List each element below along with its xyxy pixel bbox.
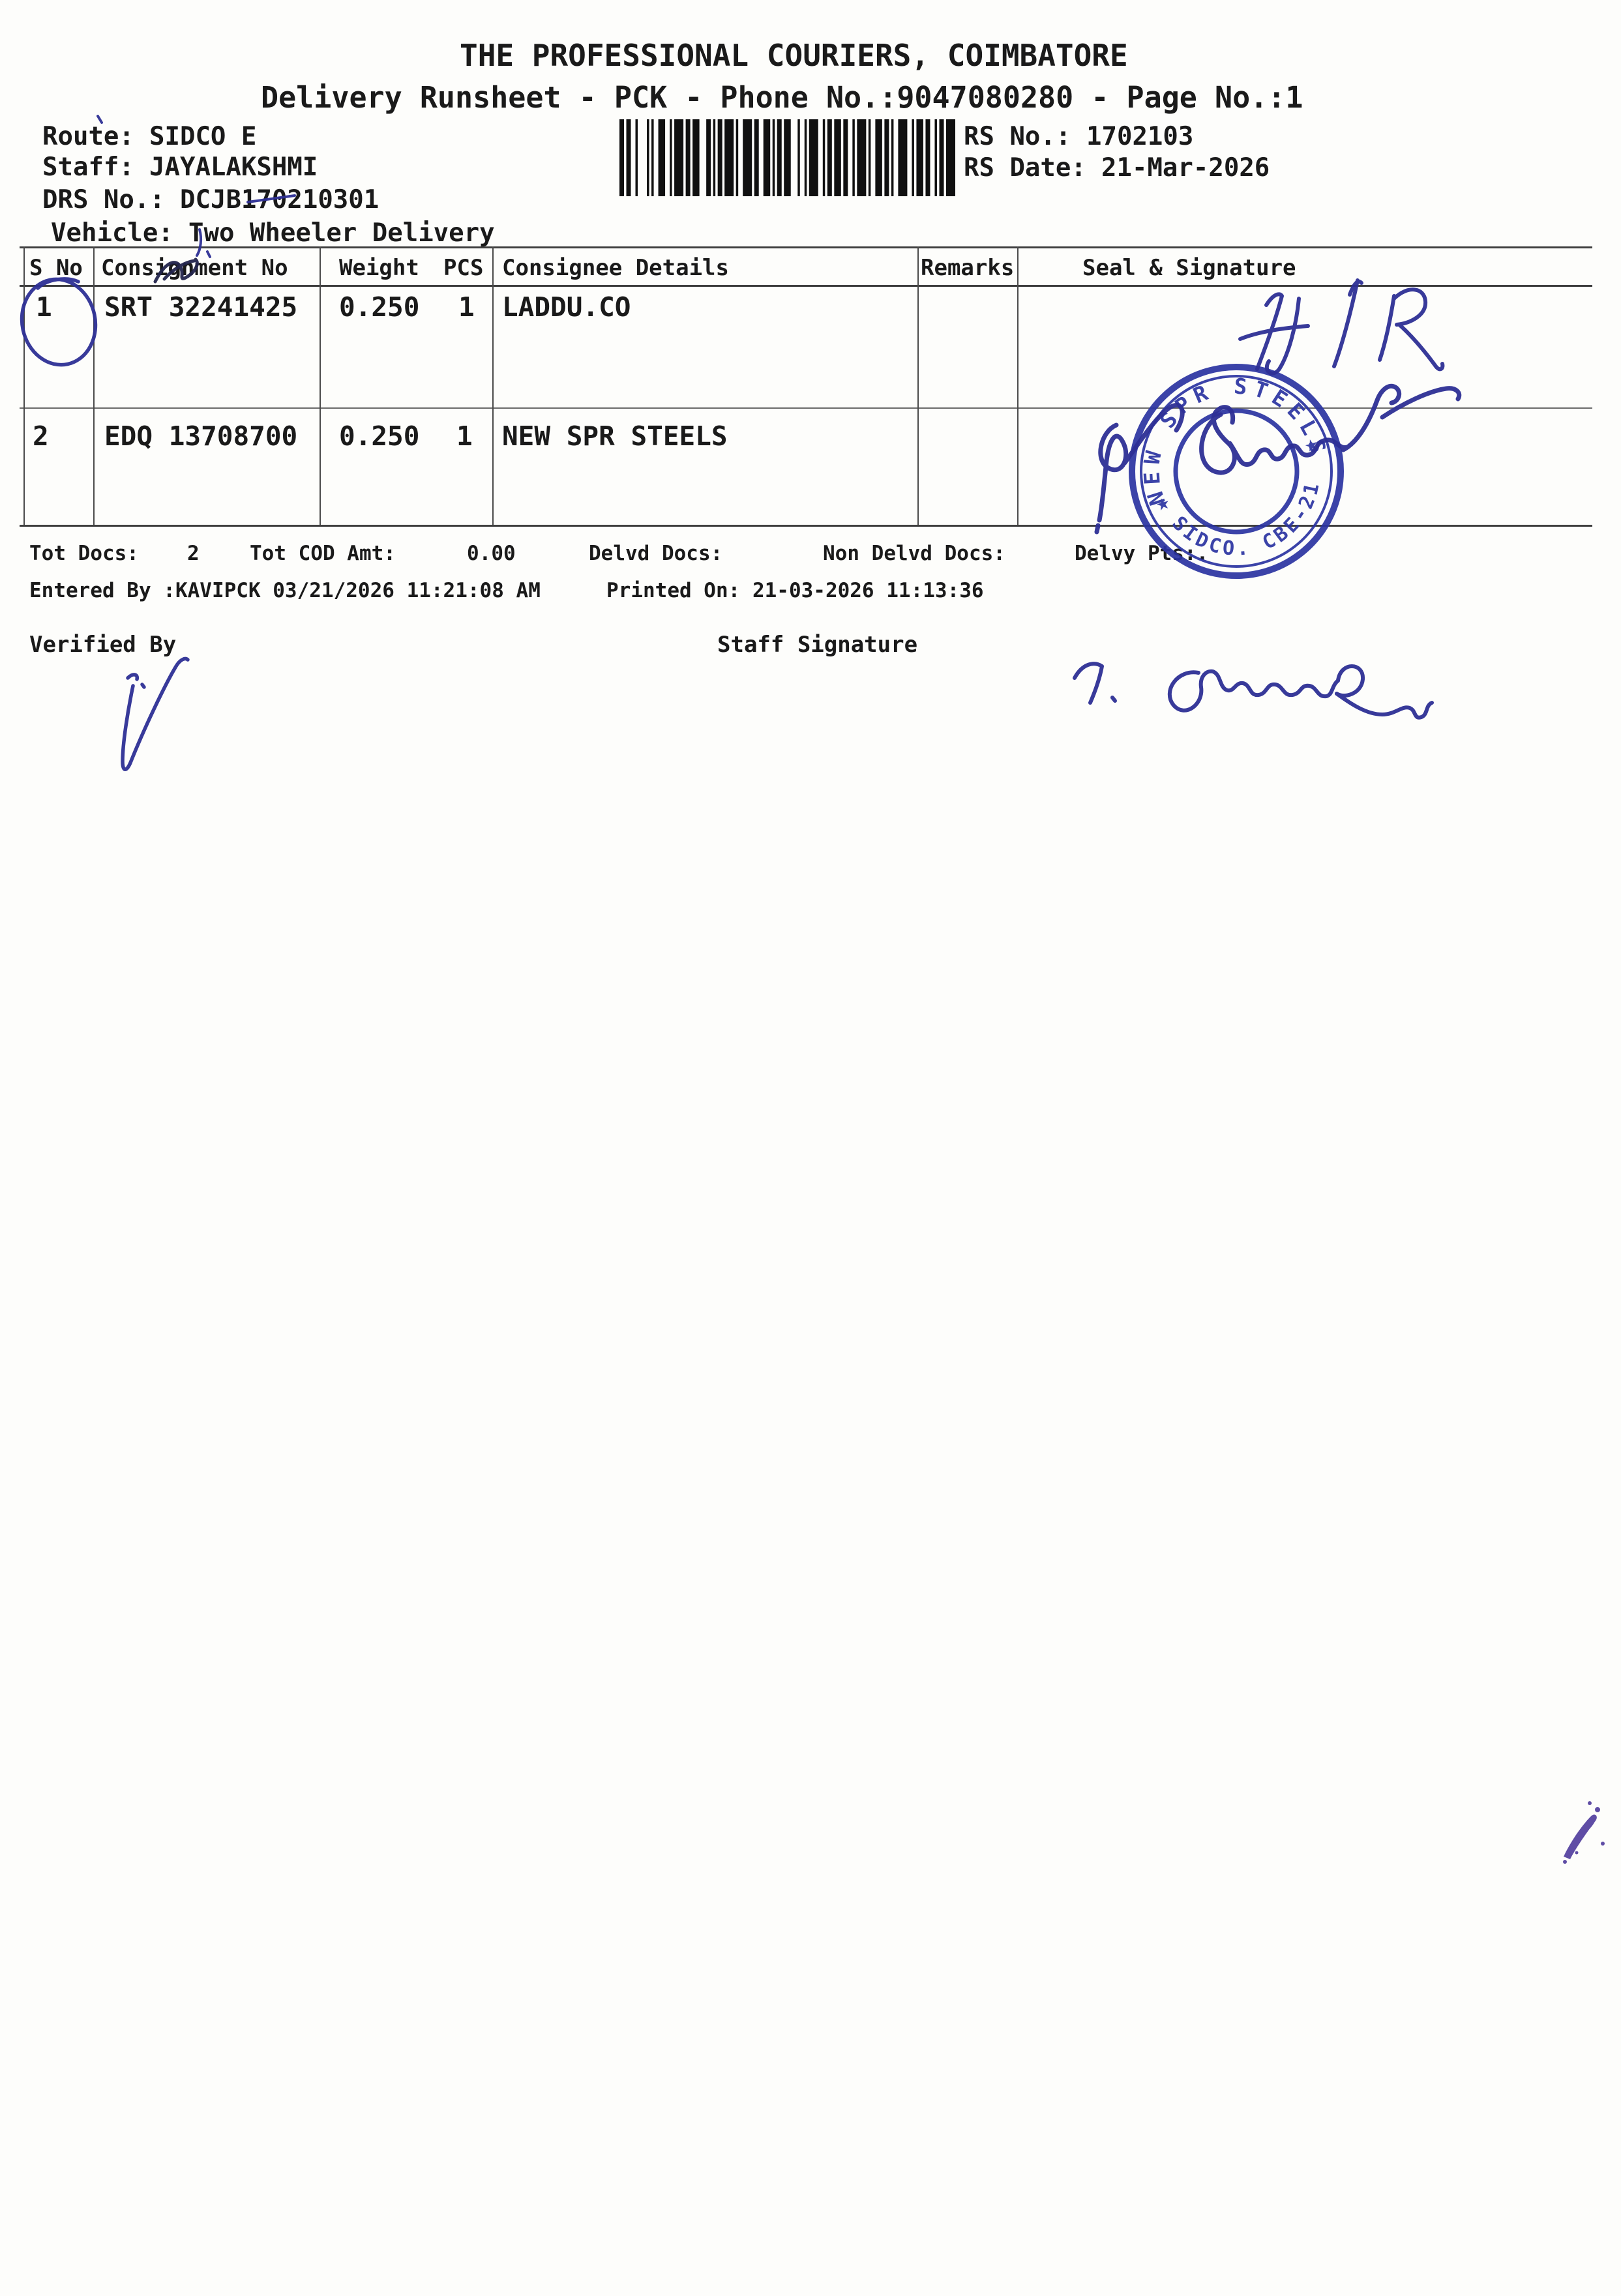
stray-pen-marks (98, 116, 210, 257)
stamp-star-left-icon: ★ (1153, 488, 1173, 517)
delivery-runsheet-scan: THE PROFESSIONAL COURIERS, COIMBATORE De… (0, 0, 1621, 2296)
serial-one-circle (14, 272, 104, 372)
ink-annotations-layer: NEW SPR STEELS SIDCO. CBE-21 ★ ★ (0, 0, 1621, 2296)
staff-signature-handwriting (1075, 664, 1432, 718)
header-pen-scribble (155, 259, 197, 282)
company-rubber-stamp: NEW SPR STEELS SIDCO. CBE-21 ★ ★ (1107, 342, 1365, 600)
seal-initials-handwriting (1240, 280, 1442, 374)
drs-strike-mark (248, 196, 295, 202)
verified-by-signature (123, 658, 188, 769)
ink-smudge (1563, 1801, 1605, 1864)
